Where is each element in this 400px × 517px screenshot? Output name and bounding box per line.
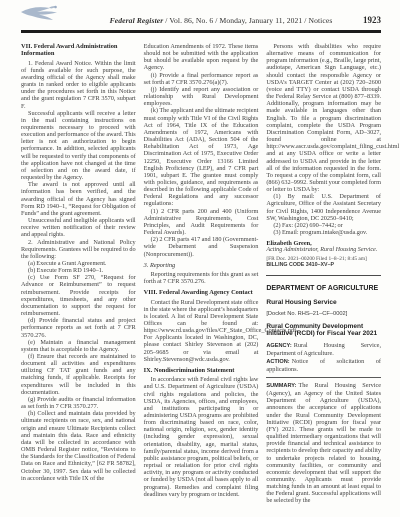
paragraph: In accordance with Federal civil rights … <box>144 376 259 498</box>
paragraph: Unsuccessful and ineligible applicants w… <box>21 217 136 238</box>
page-number: 1923 <box>363 15 381 25</box>
notice-title: Rural Community Development Initiative (… <box>266 323 381 338</box>
citation-text: / Vol. 86, No. 6 / Monday, January 11, 2… <box>163 16 332 25</box>
header-rule <box>21 30 381 33</box>
list-item: (a) Execute a Grant Agreement. <box>21 260 136 267</box>
signature-name: Elizabeth Green, <box>266 240 381 247</box>
paragraph: Reporting requirements for this grant as… <box>144 271 259 285</box>
list-item: (c) Use Form SF 270, “Request for Advanc… <box>21 274 136 317</box>
paragraph: The award is not approved until all info… <box>21 181 136 217</box>
section-heading-viii: VIII. Federal Awarding Agency Contact <box>144 289 259 296</box>
page-header: Federal Register / Vol. 86, No. 6 / Mond… <box>21 0 381 37</box>
action-line: ACTION:Notice of solicitation of applica… <box>266 358 381 373</box>
list-item: (3) Email: program.intake@usda.gov. <box>266 229 381 236</box>
billing-code: BILLING CODE 3410–XV–P <box>266 262 381 268</box>
summary-label: SUMMARY: <box>266 383 296 389</box>
list-item: (2) Fax: (202) 690–7442; or <box>266 222 381 229</box>
list-item: (2) 2 CFR parts 417 and 180 (Government-… <box>144 236 259 257</box>
department-heading: DEPARTMENT OF AGRICULTURE <box>266 285 381 293</box>
summary-divider <box>266 377 381 378</box>
signature-title: Acting Administrator, Rural Housing Serv… <box>266 247 381 254</box>
list-item: (j) Identify and report any association … <box>144 86 259 107</box>
section-divider <box>266 275 381 276</box>
federal-register-page: Federal Register / Vol. 86, No. 6 / Mond… <box>0 0 400 517</box>
column-1: VII. Federal Award Administration Inform… <box>21 43 136 505</box>
list-item: (b) Execute Form RD 1940–1. <box>21 267 136 274</box>
list-item: (k) The applicant and the ultimate recip… <box>144 107 259 207</box>
list-item: (g) Provide audits or financial informat… <box>21 396 136 410</box>
subsection-heading-reporting: 3. Reporting <box>144 262 259 269</box>
list-item: (1) By mail: U.S. Department of Agricult… <box>266 193 381 222</box>
column-3: Persons with disabilities who require al… <box>266 43 381 505</box>
agency-subheading: Rural Housing Service <box>266 299 381 306</box>
action-label: ACTION: <box>266 359 289 365</box>
header-citation: Federal Register / Vol. 86, No. 6 / Mond… <box>61 16 381 25</box>
section-heading-vii: VII. Federal Award Administration Inform… <box>21 43 136 58</box>
list-item: (1) 2 CFR parts 200 and 400 (Uniform Adm… <box>144 208 259 237</box>
federal-register-eagle-logo-icon <box>19 3 65 23</box>
section-heading-ix: IX. Nondiscrimination Statement <box>144 367 259 374</box>
docket-number: [Docket No. RHS–21–CF–0002] <box>266 311 381 318</box>
list-item: (i) Provide a final performance report a… <box>144 72 259 86</box>
list-item: (h) Collect and maintain data provided b… <box>21 410 136 482</box>
paragraph: Persons with disabilities who require al… <box>266 43 381 193</box>
fr-doc-line: [FR Doc. 2021–00200 Filed 1–8–21; 8:45 a… <box>266 256 381 262</box>
paragraph: 2. Administrative and National Policy Re… <box>21 239 136 260</box>
journal-name: Federal Register <box>110 16 164 25</box>
agency-line: AGENCY:Rural Housing Service, Department… <box>266 342 381 357</box>
paragraph: 1. Federal Award Notice. Within the limi… <box>21 60 136 110</box>
column-2: Education Amendments of 1972. These item… <box>144 43 259 505</box>
list-item: (d) Provide financial status and project… <box>21 317 136 338</box>
paragraph: Successful applicants will receive a let… <box>21 110 136 182</box>
list-item: (f) Ensure that records are maintained t… <box>21 353 136 396</box>
three-column-body: VII. Federal Award Administration Inform… <box>21 43 381 505</box>
paragraph: Contact the Rural Development state offi… <box>144 299 259 363</box>
summary-value: The Rural Housing Service (Agency), an A… <box>266 382 381 505</box>
list-item: (e) Maintain a financial management syst… <box>21 339 136 353</box>
summary-paragraph: SUMMARY:The Rural Housing Service (Agenc… <box>266 382 381 505</box>
paragraph: Education Amendments of 1972. These item… <box>144 43 259 72</box>
agency-label: AGENCY: <box>266 343 291 349</box>
